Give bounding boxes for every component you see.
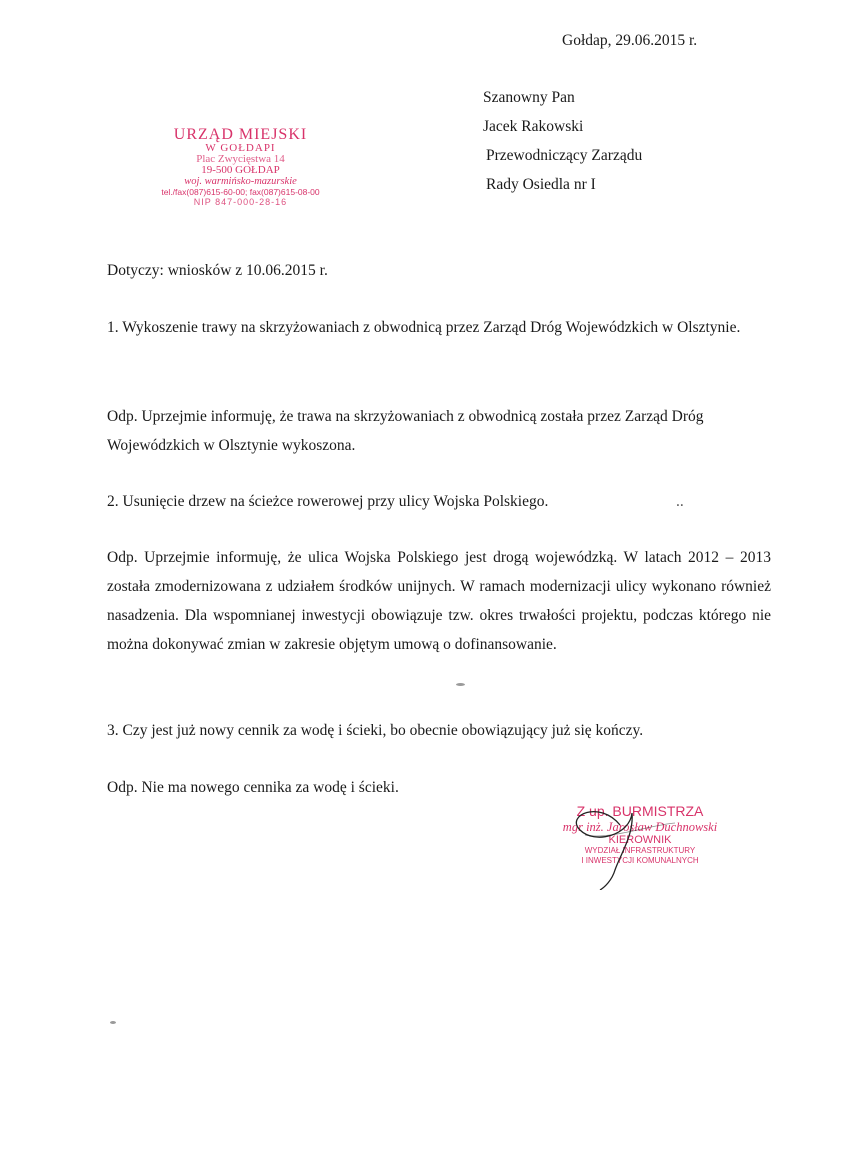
place-date: Gołdap, 29.06.2015 r. xyxy=(562,31,697,51)
stamp-line: 19-500 GOŁDAP xyxy=(118,165,363,176)
recipient-line: Rady Osiedla nr I xyxy=(486,175,596,195)
stamp-line: URZĄD MIEJSKI xyxy=(118,126,363,143)
office-stamp: URZĄD MIEJSKI W GOŁDAPI Plac Zwycięstwa … xyxy=(118,126,363,207)
recipient-line: Przewodniczący Zarządu xyxy=(486,146,642,166)
stray-dots: .. xyxy=(676,492,684,512)
question-3: 3. Czy jest już nowy cennik za wodę i śc… xyxy=(107,716,771,745)
subject-line: Dotyczy: wniosków z 10.06.2015 r. xyxy=(107,261,328,281)
stamp-line: NIP 847-000-28-16 xyxy=(118,197,363,207)
stamp-line: woj. warmińsko-mazurskie xyxy=(118,176,363,187)
question-1: 1. Wykoszenie trawy na skrzyżowaniach z … xyxy=(107,313,771,342)
answer-2: Odp. Uprzejmie informuję, że ulica Wojsk… xyxy=(107,543,771,659)
stamp-line: Plac Zwycięstwa 14 xyxy=(118,154,363,165)
handwritten-signature-icon xyxy=(560,795,690,890)
recipient-line: Jacek Rakowski xyxy=(483,117,583,137)
scan-speck xyxy=(110,1021,116,1024)
scan-speck xyxy=(456,683,465,686)
answer-1: Odp. Uprzejmie informuję, że trawa na sk… xyxy=(107,402,771,460)
question-2: 2. Usunięcie drzew na ścieżce rowerowej … xyxy=(107,487,771,516)
recipient-line: Szanowny Pan xyxy=(483,88,575,108)
stamp-line: tel./fax(087)615-60-00; fax(087)615-08-0… xyxy=(118,187,363,197)
